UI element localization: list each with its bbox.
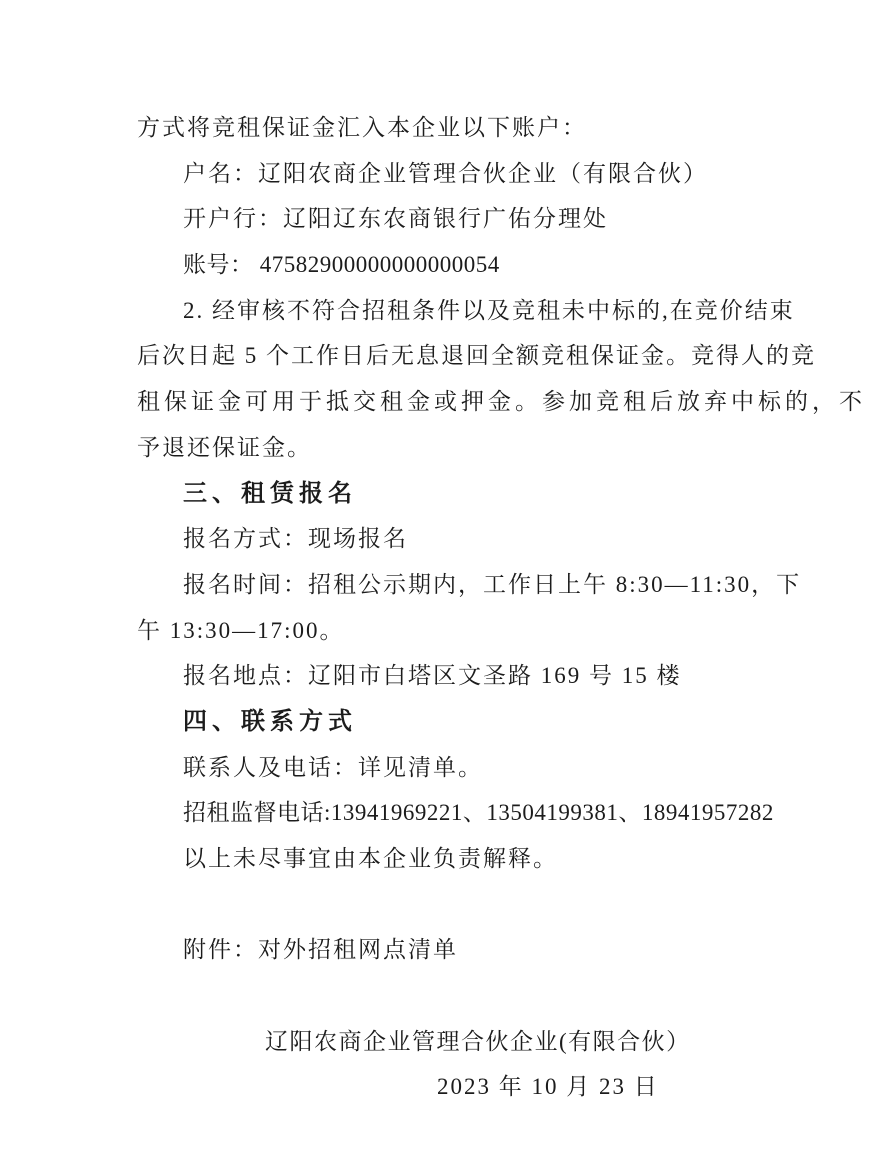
supervision-phone-line: 招租监督电话:13941969221、13504199381、189419572… bbox=[137, 790, 762, 836]
signup-time-line-2: 午 13:30—17:00。 bbox=[137, 608, 762, 654]
blank-line bbox=[137, 882, 762, 928]
contact-person-line: 联系人及电话：详见清单。 bbox=[137, 745, 762, 791]
section-heading-rental-signup: 三、租赁报名 bbox=[137, 471, 762, 517]
signature-date: 2023 年 10 月 23 日 bbox=[137, 1064, 762, 1110]
signup-method-line: 报名方式：现场报名 bbox=[137, 516, 762, 562]
paragraph-continuation-line: 方式将竞租保证金汇入本企业以下账户： bbox=[137, 105, 762, 151]
attachment-line: 附件：对外招租网点清单 bbox=[137, 927, 762, 973]
disclaimer-line: 以上未尽事宜由本企业负责解释。 bbox=[137, 836, 762, 882]
bank-branch-line: 开户行：辽阳辽东农商银行广佑分理处 bbox=[137, 196, 762, 242]
signup-time-line-1: 报名时间：招租公示期内，工作日上午 8:30—11:30，下 bbox=[137, 562, 762, 608]
account-holder-line: 户名：辽阳农商企业管理合伙企业（有限合伙） bbox=[137, 151, 762, 197]
clause2-line-1: 2. 经审核不符合招租条件以及竞租未中标的,在竞价结束 bbox=[137, 288, 762, 334]
clause2-line-3: 租保证金可用于抵交租金或押金。参加竞租后放弃中标的，不 bbox=[137, 379, 762, 425]
clause2-line-2: 后次日起 5 个工作日后无息退回全额竞租保证金。竞得人的竞 bbox=[137, 333, 762, 379]
signature-company: 辽阳农商企业管理合伙企业(有限合伙） bbox=[137, 1019, 762, 1065]
document-page: 方式将竞租保证金汇入本企业以下账户： 户名：辽阳农商企业管理合伙企业（有限合伙）… bbox=[0, 0, 892, 1157]
blank-line bbox=[137, 973, 762, 1019]
clause2-line-4: 予退还保证金。 bbox=[137, 425, 762, 471]
signup-location-line: 报名地点：辽阳市白塔区文圣路 169 号 15 楼 bbox=[137, 653, 762, 699]
account-number-line: 账号： 47582900000000000054 bbox=[137, 242, 762, 288]
section-heading-contact: 四、联系方式 bbox=[137, 699, 762, 745]
